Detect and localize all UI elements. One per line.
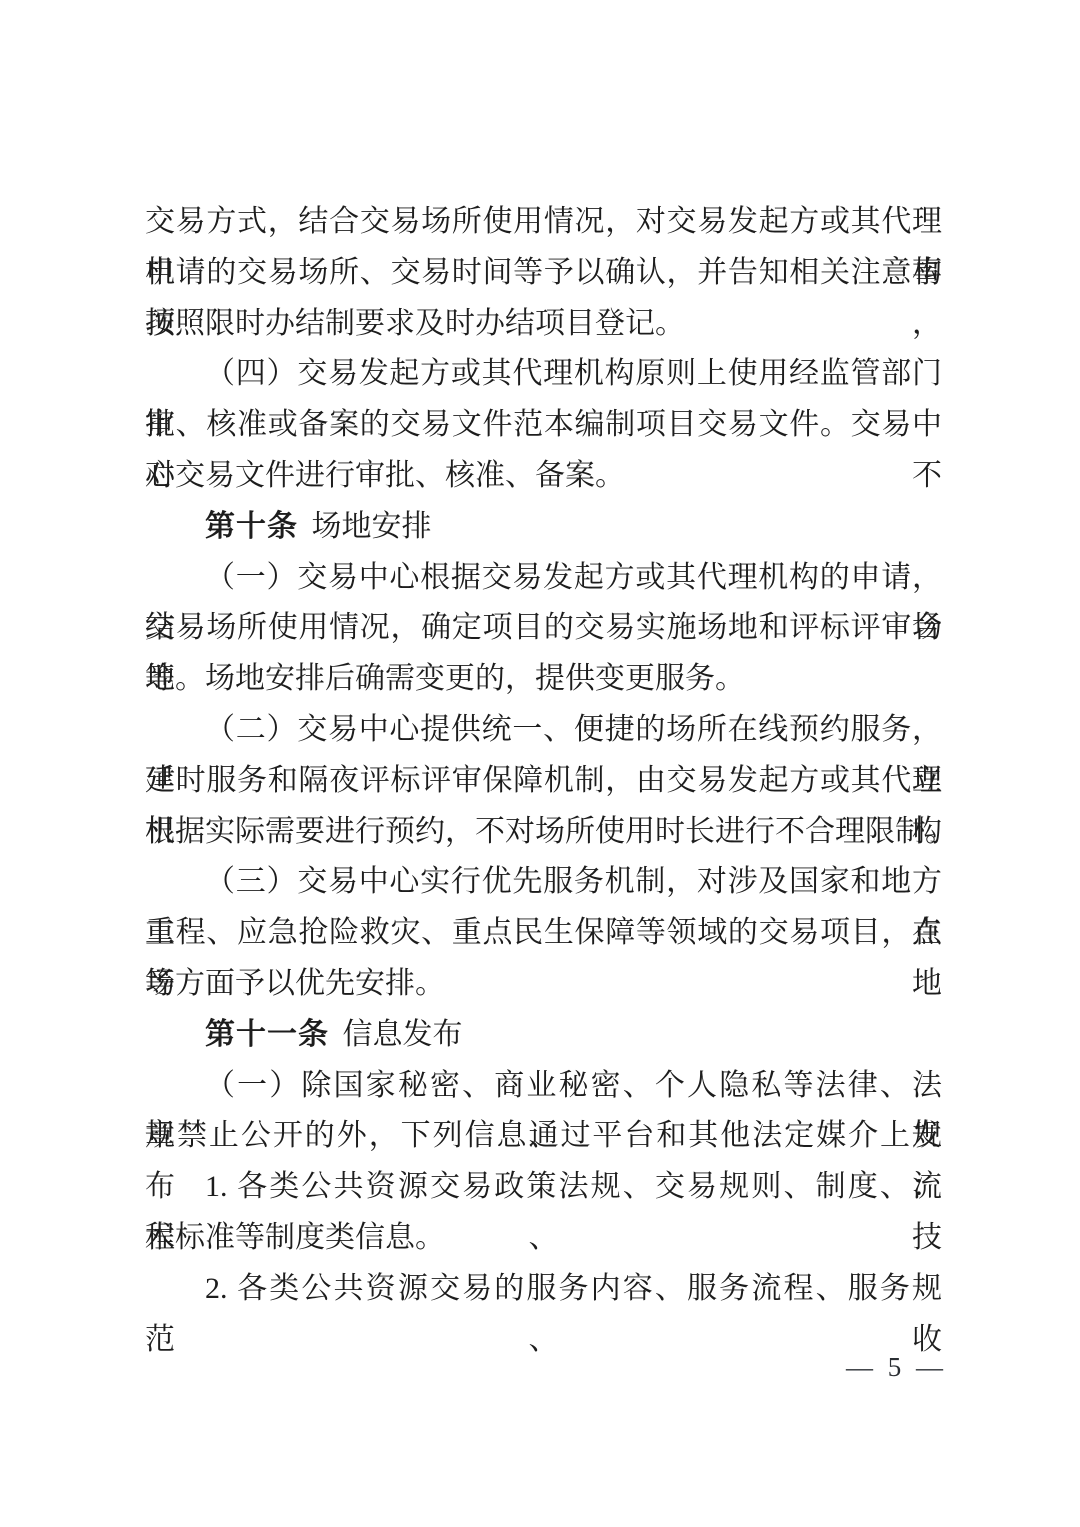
- text-line: 交易场所使用情况，确定项目的交易实施场地和评标评审场地: [145, 603, 942, 654]
- article-title: 场地安排: [312, 510, 432, 543]
- document-body: 交易方式，结合交易场所使用情况，对交易发起方或其代理机构申请的交易场所、交易时间…: [145, 197, 942, 1315]
- text-line: 等。场地安排后确需变更的，提供变更服务。: [145, 654, 942, 705]
- text-line: 申请的交易场所、交易时间等予以确认，并告知相关注意事项，: [145, 248, 942, 299]
- text-line: （一）交易中心根据交易发起方或其代理机构的申请，结合: [145, 553, 942, 604]
- article-heading: 第十条场地安排: [145, 502, 942, 553]
- text-line: （四）交易发起方或其代理机构原则上使用经监管部门审: [145, 349, 942, 400]
- text-line: 交易方式，结合交易场所使用情况，对交易发起方或其代理机构: [145, 197, 942, 248]
- article-title: 信息发布: [343, 1018, 463, 1051]
- text-line: （三）交易中心实行优先服务机制，对涉及国家和地方重点: [145, 857, 942, 908]
- text-line: 批、核准或备案的交易文件范本编制项目交易文件。交易中心不: [145, 400, 942, 451]
- text-line: 根据实际需要进行预约，不对场所使用时长进行不合理限制。: [145, 807, 942, 858]
- article-heading: 第十一条信息发布: [145, 1010, 942, 1061]
- page-number: — 5 —: [846, 1352, 947, 1383]
- document-page: 交易方式，结合交易场所使用情况，对交易发起方或其代理机构申请的交易场所、交易时间…: [0, 0, 1080, 1527]
- text-line: （二）交易中心提供统一、便捷的场所在线预约服务，建立: [145, 705, 942, 756]
- text-line: 工程、应急抢险救灾、重点民生保障等领域的交易项目，在场地: [145, 908, 942, 959]
- text-line: 延时服务和隔夜评标评审保障机制，由交易发起方或其代理机构: [145, 756, 942, 807]
- text-line: 1. 各类公共资源交易政策法规、交易规则、制度、流程、技: [145, 1162, 942, 1213]
- text-line: 章禁止公开的外，下列信息通过平台和其他法定媒介上发布：: [145, 1111, 942, 1162]
- article-number: 第十条: [205, 510, 298, 543]
- text-line: 2. 各类公共资源交易的服务内容、服务流程、服务规范、收: [145, 1264, 942, 1315]
- article-number: 第十一条: [205, 1018, 329, 1051]
- text-line: （一）除国家秘密、商业秘密、个人隐私等法律、法规、规: [145, 1061, 942, 1112]
